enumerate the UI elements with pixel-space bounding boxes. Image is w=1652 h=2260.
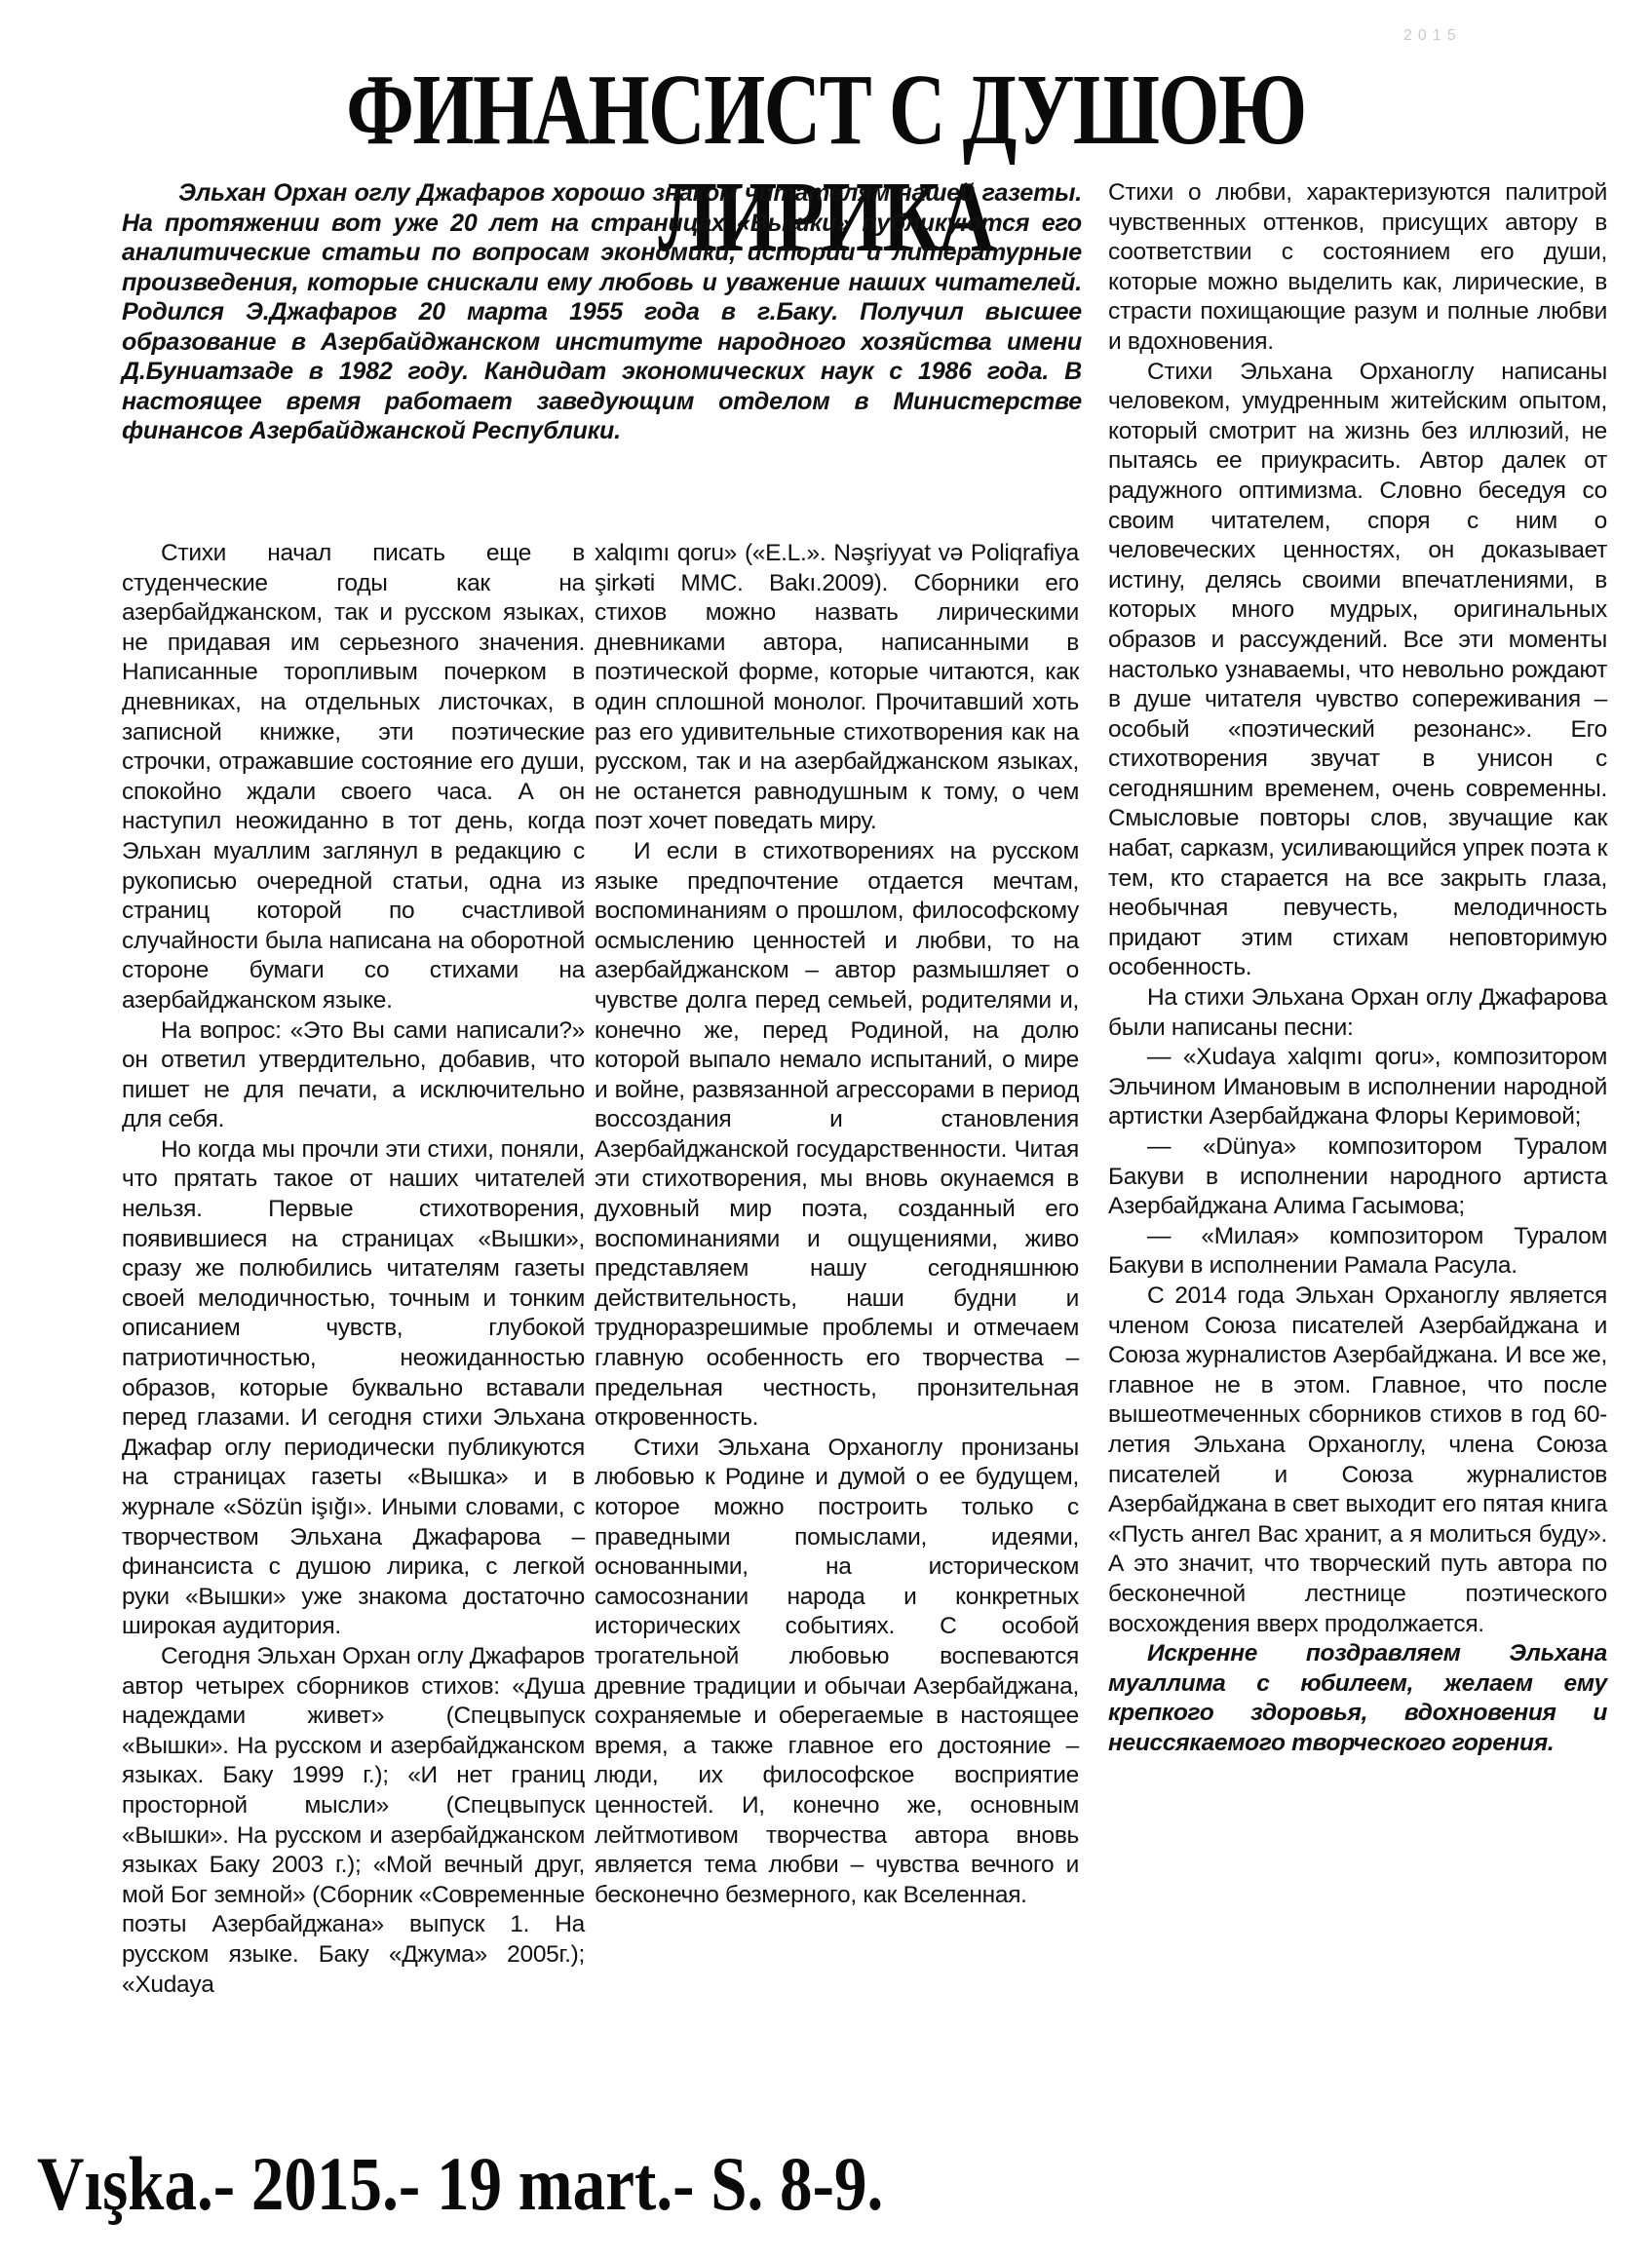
article-lead-paragraph: Эльхан Орхан оглу Джафаров хорошо знаком… [122, 178, 1082, 446]
source-citation: Vışka.- 2015.- 19 mart.- S. 8-9. [37, 2140, 883, 2228]
body-paragraph: Стихи о любви, характеризуются палитрой … [1108, 178, 1607, 358]
body-paragraph: Стихи Эльхана Орханоглу пронизаны любовь… [595, 1434, 1079, 1911]
body-paragraph: И если в стихотворениях на русском языке… [595, 837, 1079, 1434]
body-paragraph: С 2014 года Эльхан Орханоглу является чл… [1108, 1282, 1607, 1639]
body-paragraph: Стихи Эльхана Орханоглу написаны человек… [1108, 358, 1607, 983]
article-column-1: Стихи начал писать еще в студенческие го… [122, 539, 585, 2000]
body-paragraph: Стихи начал писать еще в студенческие го… [122, 539, 585, 1016]
article-column-3: Стихи о любви, характеризуются палитрой … [1108, 178, 1607, 1758]
body-paragraph-continued: xalqımı qoru» («E.L.». Nəşriyyat və Poli… [595, 539, 1079, 837]
scan-artifact-mark: 2015 [1403, 27, 1462, 45]
body-paragraph: Но когда мы прочли эти стихи, поняли, чт… [122, 1135, 585, 1642]
body-paragraph: На стихи Эльхана Орхан оглу Джафарова бы… [1108, 983, 1607, 1043]
closing-congratulations: Искренне поздравляем Эльхана муаллима с … [1108, 1639, 1607, 1758]
body-paragraph: На вопрос: «Это Вы сами написали?» он от… [122, 1016, 585, 1135]
body-paragraph: Сегодня Эльхан Орхан оглу Джафаров автор… [122, 1642, 585, 2000]
song-list-item: — «Dünya» композитором Туралом Бакуви в … [1108, 1132, 1607, 1222]
song-list-item: — «Милая» композитором Туралом Бакуви в … [1108, 1222, 1607, 1282]
song-list-item: — «Xudaya xalqımı qoru», композитором Эл… [1108, 1043, 1607, 1132]
article-column-2: xalqımı qoru» («E.L.». Nəşriyyat və Poli… [595, 539, 1079, 1910]
